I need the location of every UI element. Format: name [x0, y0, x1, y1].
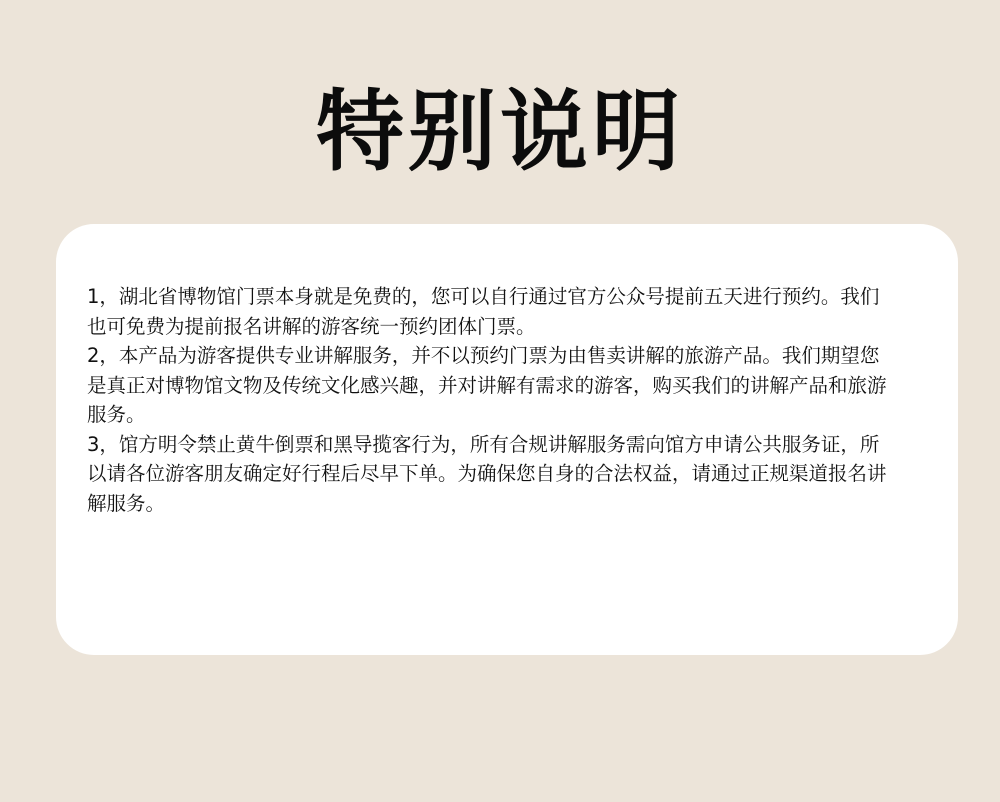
- notice-item-1: 1，湖北省博物馆门票本身就是免费的，您可以自行通过官方公众号提前五天进行预约。我…: [87, 282, 887, 341]
- notice-text: 1，湖北省博物馆门票本身就是免费的，您可以自行通过官方公众号提前五天进行预约。我…: [87, 282, 887, 518]
- page-title: 特别说明: [0, 72, 1000, 192]
- notice-card: 1，湖北省博物馆门票本身就是免费的，您可以自行通过官方公众号提前五天进行预约。我…: [56, 224, 958, 655]
- notice-item-2: 2，本产品为游客提供专业讲解服务，并不以预约门票为由售卖讲解的旅游产品。我们期望…: [87, 341, 887, 430]
- notice-item-3: 3，馆方明令禁止黄牛倒票和黑导揽客行为，所有合规讲解服务需向馆方申请公共服务证，…: [87, 430, 887, 519]
